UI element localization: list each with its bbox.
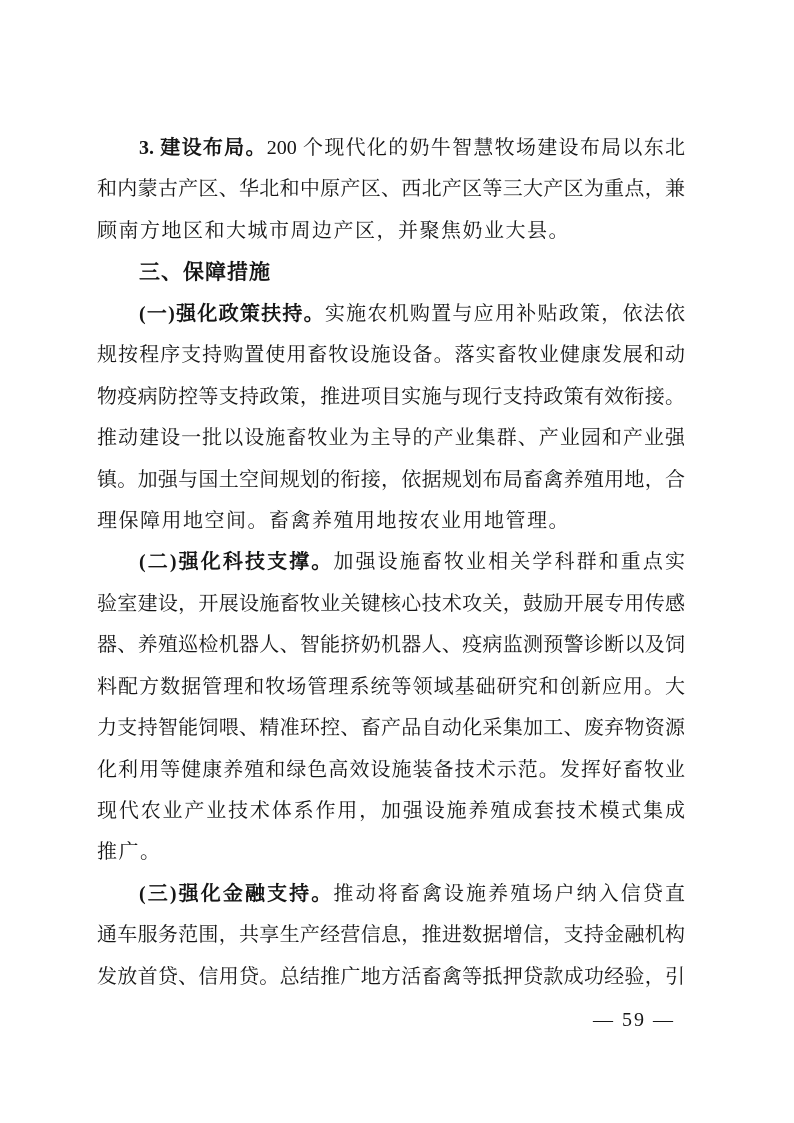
paragraph-text: 顾南方地区和大城市周边产区，并聚焦奶业大县。 bbox=[97, 220, 570, 242]
paragraph-text: 化利用等健康养殖和绿色高效设施装备技术示范。发挥好畜牧业 bbox=[97, 759, 685, 781]
text-line: 验室建设，开展设施畜牧业关键核心技术攻关，鼓励开展专用传感 bbox=[97, 584, 685, 625]
paragraph-text: 通车服务范围，共享生产经营信息，推进数据增信，支持金融机构 bbox=[97, 924, 685, 946]
text-line: 推动建设一批以设施畜牧业为主导的产业集群、产业园和产业强 bbox=[97, 418, 685, 459]
page-number: — 59 — bbox=[97, 1000, 685, 1041]
section-heading: 三、保障措施 bbox=[97, 252, 685, 293]
text-line: 3. 建设布局。200 个现代化的奶牛智慧牧场建设布局以东北 bbox=[97, 128, 685, 169]
text-line: 器、养殖巡检机器人、智能挤奶机器人、疫病监测预警诊断以及饲 bbox=[97, 625, 685, 666]
document-body: 3. 建设布局。200 个现代化的奶牛智慧牧场建设布局以东北和内蒙古产区、华北和… bbox=[97, 128, 685, 998]
text-line: 化利用等健康养殖和绿色高效设施装备技术示范。发挥好畜牧业 bbox=[97, 750, 685, 791]
paragraph-text: 物疫病防控等支持政策，推进项目实施与现行支持政策有效衔接。 bbox=[97, 386, 685, 408]
text-line: 顾南方地区和大城市周边产区，并聚焦奶业大县。 bbox=[97, 211, 685, 252]
paragraph-text: 现代农业产业技术体系作用，加强设施养殖成套技术模式集成 bbox=[97, 800, 685, 822]
paragraph-lead: (二)强化科技支撑。 bbox=[139, 551, 333, 573]
paragraph-text: 加强设施畜牧业相关学科群和重点实 bbox=[333, 551, 685, 573]
text-line: 理保障用地空间。畜禽养殖用地按农业用地管理。 bbox=[97, 501, 685, 542]
paragraph-text: 验室建设，开展设施畜牧业关键核心技术攻关，鼓励开展专用传感 bbox=[97, 593, 685, 615]
text-line: 推广。 bbox=[97, 832, 685, 873]
paragraph-lead: 3. 建设布局。 bbox=[139, 137, 267, 159]
document-page: 3. 建设布局。200 个现代化的奶牛智慧牧场建设布局以东北和内蒙古产区、华北和… bbox=[0, 0, 794, 1123]
paragraph-text: 实施农机购置与应用补贴政策，依法依 bbox=[325, 303, 685, 325]
paragraph-text: 力支持智能饲喂、精准环控、畜产品自动化采集加工、废弃物资源 bbox=[97, 717, 685, 739]
text-line: 和内蒙古产区、华北和中原产区、西北产区等三大产区为重点，兼 bbox=[97, 169, 685, 210]
paragraph-text: 200 个现代化的奶牛智慧牧场建设布局以东北 bbox=[267, 137, 685, 159]
text-line: 力支持智能饲喂、精准环控、畜产品自动化采集加工、废弃物资源 bbox=[97, 708, 685, 749]
text-line: 料配方数据管理和牧场管理系统等领域基础研究和创新应用。大 bbox=[97, 667, 685, 708]
paragraph-lead: (一)强化政策扶持。 bbox=[139, 303, 325, 325]
paragraph-text: 和内蒙古产区、华北和中原产区、西北产区等三大产区为重点，兼 bbox=[97, 178, 685, 200]
text-line: (二)强化科技支撑。加强设施畜牧业相关学科群和重点实 bbox=[97, 542, 685, 583]
paragraph-text: 发放首贷、信用贷。总结推广地方活畜禽等抵押贷款成功经验，引 bbox=[97, 966, 685, 988]
paragraph-lead: (三)强化金融支持。 bbox=[139, 883, 333, 905]
paragraph-text: 推动将畜禽设施养殖场户纳入信贷直 bbox=[333, 883, 685, 905]
paragraph-text: 推广。 bbox=[97, 841, 162, 863]
paragraph-text: 推动建设一批以设施畜牧业为主导的产业集群、产业园和产业强 bbox=[97, 427, 685, 449]
text-line: (三)强化金融支持。推动将畜禽设施养殖场户纳入信贷直 bbox=[97, 874, 685, 915]
text-line: (一)强化政策扶持。实施农机购置与应用补贴政策，依法依 bbox=[97, 294, 685, 335]
paragraph-text: 理保障用地空间。畜禽养殖用地按农业用地管理。 bbox=[97, 510, 570, 532]
text-line: 物疫病防控等支持政策，推进项目实施与现行支持政策有效衔接。 bbox=[97, 377, 685, 418]
paragraph-text: 三、保障措施 bbox=[139, 261, 271, 284]
text-line: 通车服务范围，共享生产经营信息，推进数据增信，支持金融机构 bbox=[97, 915, 685, 956]
paragraph-text: 料配方数据管理和牧场管理系统等领域基础研究和创新应用。大 bbox=[97, 676, 685, 698]
text-line: 镇。加强与国土空间规划的衔接，依据规划布局畜禽养殖用地，合 bbox=[97, 460, 685, 501]
text-line: 发放首贷、信用贷。总结推广地方活畜禽等抵押贷款成功经验，引 bbox=[97, 957, 685, 998]
paragraph-text: 规按程序支持购置使用畜牧设施设备。落实畜牧业健康发展和动 bbox=[97, 344, 685, 366]
text-line: 现代农业产业技术体系作用，加强设施养殖成套技术模式集成 bbox=[97, 791, 685, 832]
text-line: 规按程序支持购置使用畜牧设施设备。落实畜牧业健康发展和动 bbox=[97, 335, 685, 376]
paragraph-text: 器、养殖巡检机器人、智能挤奶机器人、疫病监测预警诊断以及饲 bbox=[97, 634, 685, 656]
paragraph-text: 镇。加强与国土空间规划的衔接，依据规划布局畜禽养殖用地，合 bbox=[97, 469, 685, 491]
